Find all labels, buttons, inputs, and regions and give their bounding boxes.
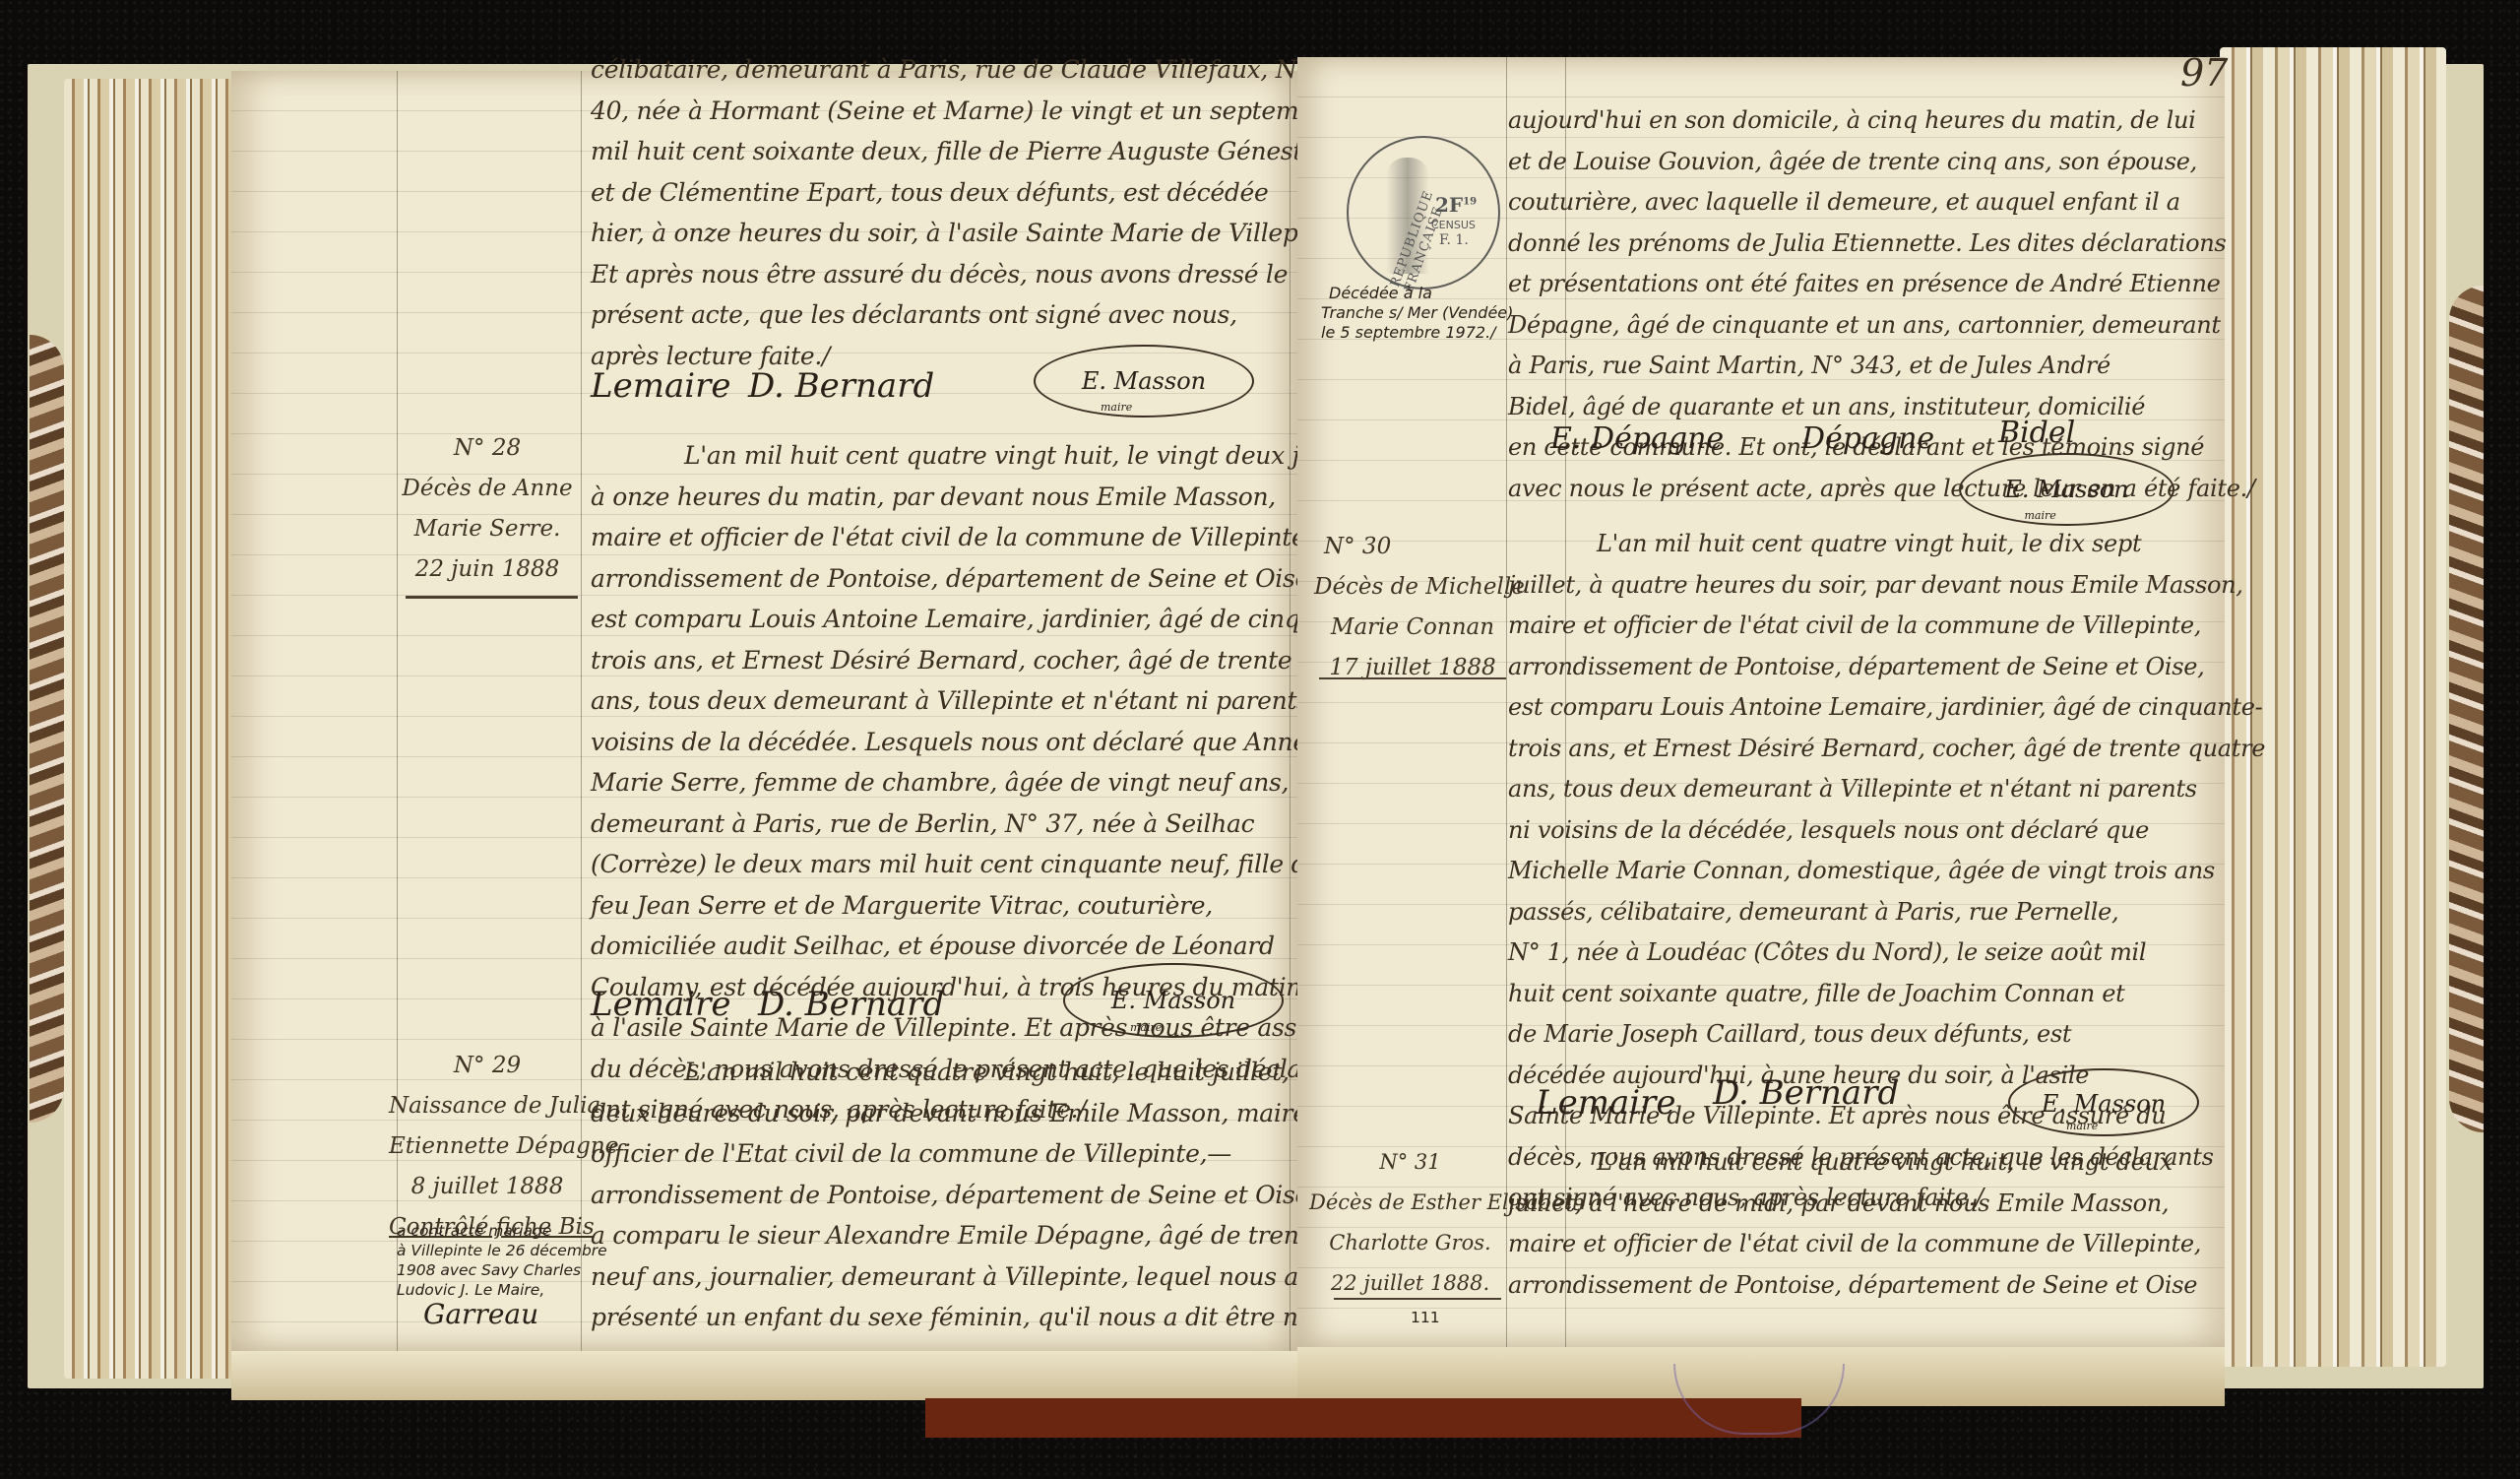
entry-30-signature-bernard: D. Bernard bbox=[1713, 1073, 1899, 1113]
entry-28-signature-bernard: D. Bernard bbox=[758, 985, 944, 1024]
page-stack-left bbox=[64, 79, 231, 1379]
entry-30-margin: N° 30 Décès de Michelle Marie Connan 17 … bbox=[1314, 527, 1511, 688]
right-mayor-signature: E. Massonmaire bbox=[1959, 453, 2174, 526]
entry-28-mayor-signature: E. Massonmaire bbox=[1063, 963, 1284, 1038]
signature-depagne: Dépagne bbox=[1801, 421, 1934, 456]
marianne-figure-icon bbox=[1386, 158, 1429, 274]
entry-29-text: L'an mil huit cent quatre vingt huit, le… bbox=[591, 1052, 1339, 1338]
marbled-endpaper-left bbox=[30, 335, 64, 1123]
marbled-endpaper-right bbox=[2449, 286, 2484, 1132]
entry-31-margin: N° 31 Décès de Esther Elisabeth Charlott… bbox=[1309, 1142, 1511, 1304]
folio-number: 97 bbox=[2180, 51, 2228, 95]
entry-29-marriage-annotation: a contracté mariage à Villepinte le 26 d… bbox=[397, 1221, 607, 1300]
spine-bookmark-ribbon bbox=[925, 1398, 1801, 1438]
page-edge-bottom-left bbox=[231, 1351, 1297, 1400]
entry-28-separator bbox=[406, 596, 578, 599]
entry-30-separator bbox=[1319, 677, 1506, 679]
entry-30-signature-lemaire: Lemaire bbox=[1536, 1083, 1675, 1123]
mayor-signature-oval: E. Massonmaire bbox=[1034, 345, 1254, 418]
entry-28-text: L'an mil huit cent quatre vingt huit, le… bbox=[591, 435, 1380, 1130]
entry-29-annotation-signature: Garreau bbox=[423, 1298, 538, 1330]
stamp-death-note: Décédée à la Tranche s/ Mer (Vendée) le … bbox=[1321, 284, 1513, 343]
signature-bidel: Bidel bbox=[1998, 416, 2075, 450]
signature-lemaire: Lemaire bbox=[591, 366, 730, 406]
fiscal-stamp: REPUBLIQUE FRANÇAISE 2F19 CENSUS F. 1. bbox=[1347, 136, 1500, 289]
left-continuation-text: célibataire, demeurant à Paris, rue de C… bbox=[591, 49, 1353, 376]
bottom-mark: 111 bbox=[1411, 1308, 1440, 1327]
entry-31-text: L'an mil huit cent quatre vingt huit, le… bbox=[1508, 1142, 2201, 1306]
entry-31-separator bbox=[1334, 1298, 1501, 1300]
entry-30-mayor-signature: E. Massonmaire bbox=[2008, 1068, 2199, 1136]
entry-28-signature-lemaire: Lemaire bbox=[591, 985, 730, 1024]
entry-29-margin: N° 29 Naissance de Julia Etiennette Dépa… bbox=[389, 1046, 586, 1248]
signature-bernard: D. Bernard bbox=[748, 366, 934, 406]
entry-28-margin: N° 28 Décès de Anne Marie Serre. 22 juin… bbox=[394, 428, 581, 590]
signature-e-depagne: E. Dépagne bbox=[1550, 421, 1724, 456]
